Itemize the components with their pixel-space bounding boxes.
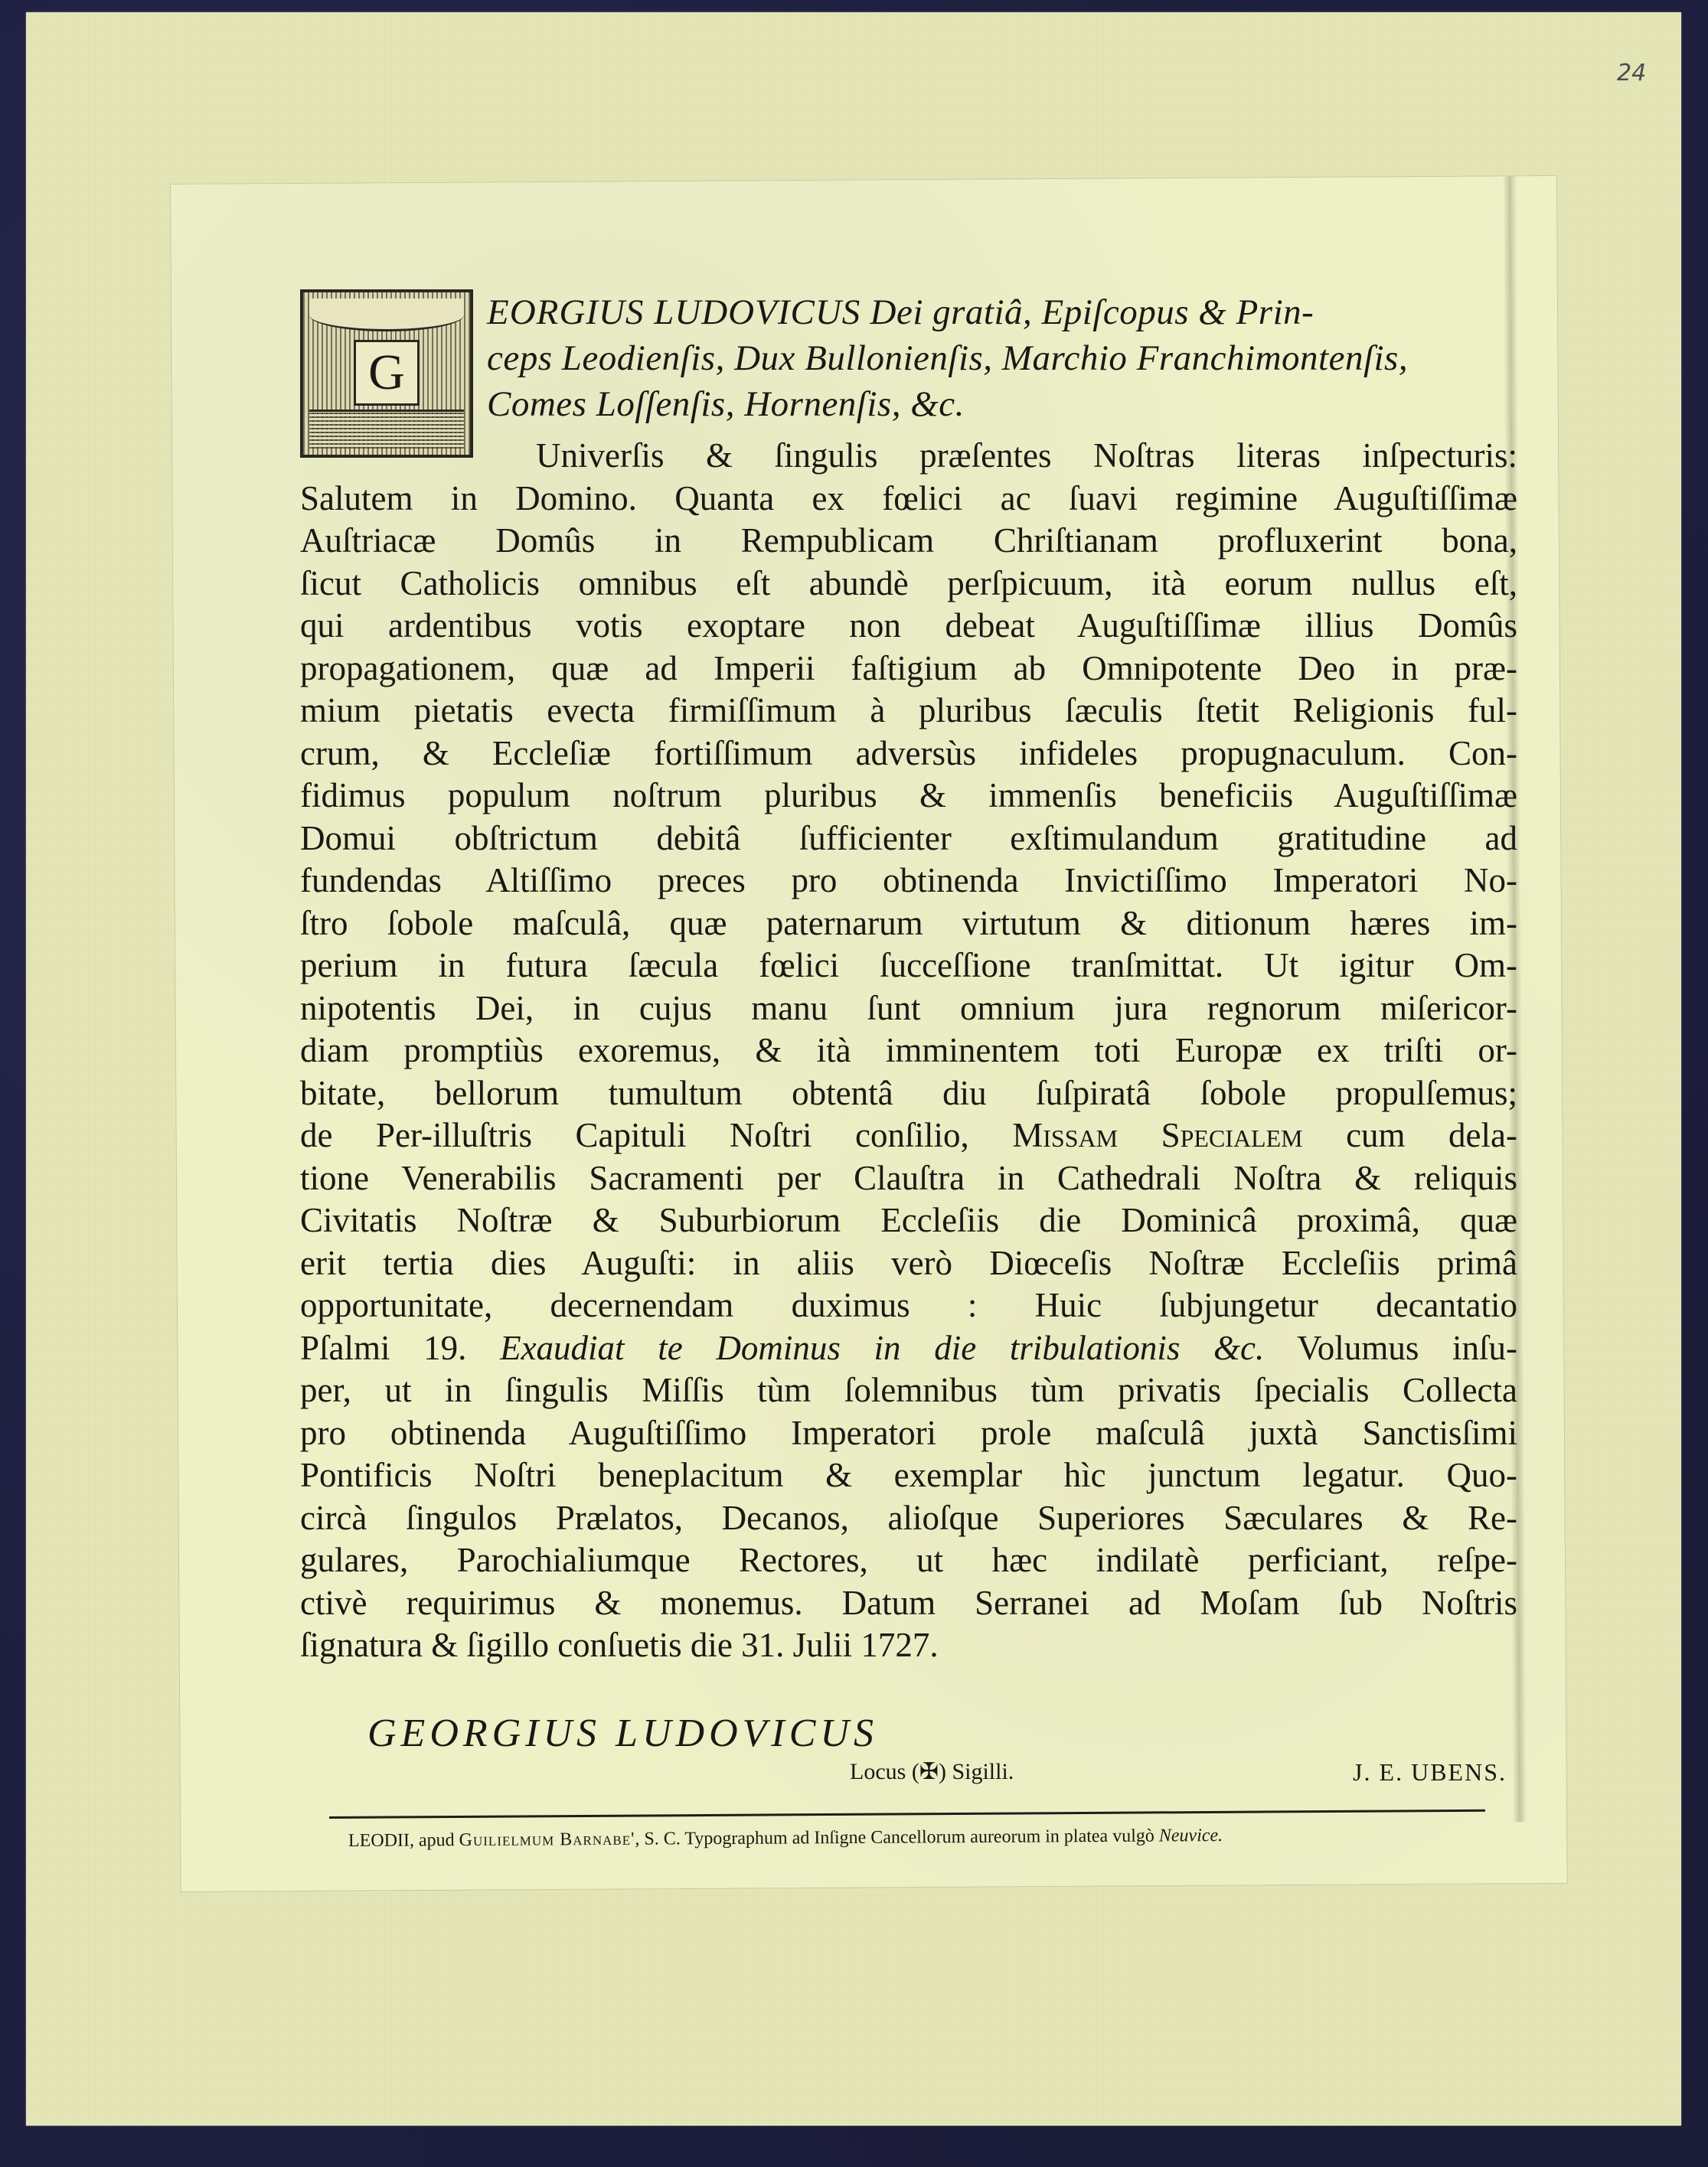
document-body: G EORGIUS LUDOVICUS Dei gratiâ, Epiſcopu… (300, 289, 1517, 1667)
line-end: Volumus inſu- (1264, 1329, 1517, 1367)
decree-text: Univerſis & ſingulis præſentes Noſtras l… (300, 435, 1517, 1667)
text-line: mium pietatis evecta firmiſſimum à pluri… (300, 690, 1517, 733)
text-line: qui ardentibus votis exoptare non debeat… (300, 605, 1517, 648)
heading-line2: ceps Leodienſis, Dux Bullonienſis, March… (487, 338, 1408, 378)
text-line: opportunitate, decernendam duximus : Hui… (300, 1284, 1517, 1327)
text-line: ſtro ſobole maſculâ, quæ paternarum virt… (300, 902, 1517, 945)
text-line-with-smallcaps: de Per-illuſtris Capituli Noſtri conſili… (300, 1115, 1517, 1157)
text-line: diam promptiùs exoremus, & ità imminente… (300, 1030, 1517, 1072)
text-line: Auſtriacæ Domûs in Rempublicam Chriſtian… (300, 520, 1517, 563)
text-line: crum, & Eccleſiæ fortiſſimum adversùs in… (300, 733, 1517, 775)
text-line: Salutem in Domino. Quanta ex fœlici ac ſ… (300, 478, 1517, 521)
seal-prefix: Locus ( (850, 1759, 919, 1784)
text-line: gulares, Parochialiumque Rectores, ut hæ… (300, 1539, 1517, 1582)
imprint-street: Neuvice. (1159, 1826, 1223, 1846)
heading-name: EORGIUS LUDOVICUS (487, 292, 861, 332)
imprint-place: LEODII (348, 1831, 410, 1851)
imprint-printer: Guilielmum Barnabe' (459, 1829, 635, 1850)
initial-letter: G (354, 340, 420, 406)
text-line: propagationem, quæ ad Imperii faſtigium … (300, 648, 1517, 690)
signatory-name: GEORGIUS LUDOVICUS (367, 1711, 878, 1756)
text-line: fundendas Altiſſimo preces pro obtinenda… (300, 860, 1517, 902)
text-line: fidimus populum noſtrum pluribus & immen… (300, 775, 1517, 818)
text-line: erit tertia dies Auguſti: in aliis verò … (300, 1242, 1517, 1285)
psalm-quote: Exaudiat te Dominus in die tribulationis… (500, 1329, 1264, 1367)
woodcut-drape-icon (309, 299, 464, 331)
cross-pattee-icon: ✠ (919, 1759, 939, 1784)
text-line: Pontificis Noſtri beneplacitum & exempla… (300, 1454, 1517, 1497)
text-line: ctivè requirimus & monemus. Datum Serran… (300, 1582, 1517, 1625)
seal-place: Locus (✠) Sigilli. (850, 1758, 1014, 1785)
text-line: ſicut Catholicis omnibus eſt abundè perſ… (300, 563, 1517, 605)
line-start: Pſalmi 19. (300, 1329, 500, 1367)
text-line-with-italic: Pſalmi 19. Exaudiat te Dominus in die tr… (300, 1327, 1517, 1370)
seal-suffix: ) Sigilli. (939, 1759, 1014, 1784)
signature-block: GEORGIUS LUDOVICUS Locus (✠) Sigilli. J.… (367, 1711, 1516, 1795)
woodcut-ground-icon (309, 410, 464, 449)
text-line: per, ut in ſingulis Miſſis tùm ſolemnibu… (300, 1369, 1517, 1412)
line-end: cum dela- (1303, 1116, 1517, 1154)
missam-specialem: Missam Specialem (1012, 1116, 1302, 1154)
line-start: de Per-illuſtris Capituli Noſtri conſili… (300, 1116, 1012, 1154)
heading-line1: Dei gratiâ, Epiſcopus & Prin- (861, 292, 1314, 332)
countersignature: J. E. UBENS. (1353, 1758, 1507, 1787)
text-line: nipotentis Dei, in cujus manu ſunt omniu… (300, 987, 1517, 1030)
text-line: Domui obſtrictum debitâ ſufficienter exſ… (300, 818, 1517, 860)
text-line: perium in futura ſæcula fœlici ſucceſſio… (300, 945, 1517, 987)
text-line: pro obtinenda Auguſtiſſimo Imperatori pr… (300, 1412, 1517, 1455)
text-line: Univerſis & ſingulis præſentes Noſtras l… (300, 435, 1517, 478)
text-line: bitate, bellorum tumultum obtentâ diu ſu… (300, 1072, 1517, 1115)
imprint-apud: , apud (410, 1830, 459, 1850)
folio-number: 24 (1617, 60, 1646, 86)
heading-line3: Comes Loſſenſis, Hornenſis, &c. (487, 384, 965, 424)
title-heading: EORGIUS LUDOVICUS Dei gratiâ, Epiſcopus … (300, 289, 1517, 427)
text-line: tione Venerabilis Sacramenti per Clauſtr… (300, 1157, 1517, 1200)
decorated-initial: G (300, 289, 473, 458)
text-line: Civitatis Noſtræ & Suburbiorum Eccleſiis… (300, 1199, 1517, 1242)
imprint-rest: , S. C. Typographum ad Inſigne Cancellor… (635, 1826, 1159, 1849)
text-line-date: ſignatura & ſigillo conſuetis die 31. Ju… (300, 1624, 1517, 1667)
text-line: circà ſingulos Prælatos, Decanos, alioſq… (300, 1497, 1517, 1540)
